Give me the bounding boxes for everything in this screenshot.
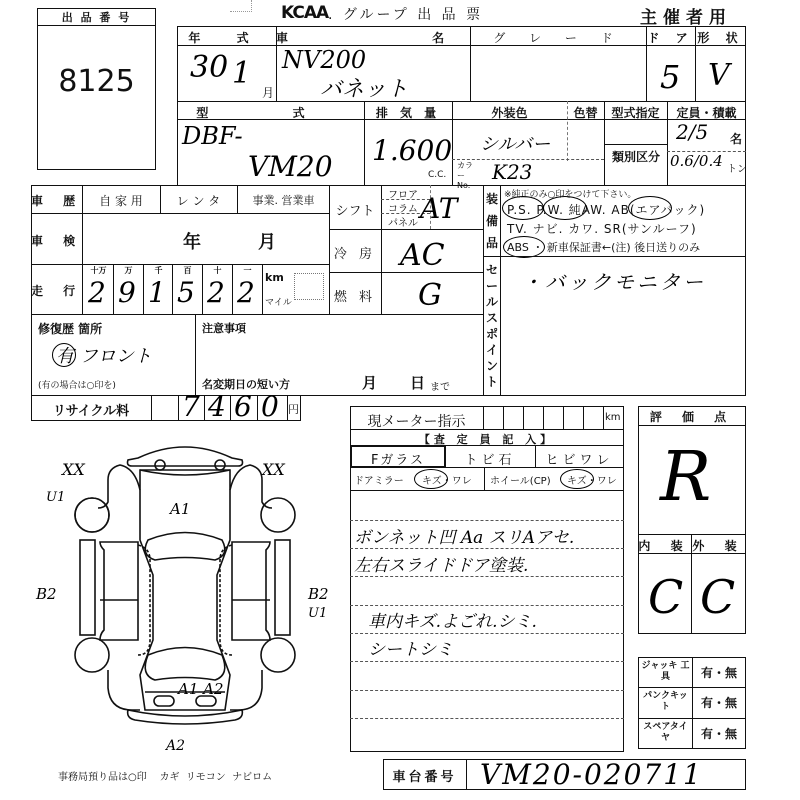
mileage-digit: 2 <box>207 276 225 309</box>
inspection-label: 車 検 <box>31 232 82 249</box>
mirror-label: ドアミラー <box>354 472 404 487</box>
inspector-note-line: 車内キズ.よごれ.シミ. <box>368 607 537 632</box>
mileage-label: 走 行 <box>31 282 82 299</box>
accessory-label: パンクキット <box>639 687 692 717</box>
brand-logo: KCAA <box>281 3 328 23</box>
recycle-digit: 7 <box>182 390 200 423</box>
year-value: 30 <box>190 50 228 85</box>
car-name-line1: NV200 <box>282 46 366 74</box>
sales-point-value: ・バックモニター <box>522 266 706 295</box>
mileage-digit-label: 万 <box>114 265 143 276</box>
recycle-digit: 4 <box>208 390 226 423</box>
caution-label: 注意事項 <box>202 320 246 336</box>
color-label: 外装色 <box>452 104 567 121</box>
damage-mark: XX <box>62 460 85 479</box>
inspector-note-line: 左右スライドドア塗装. <box>354 551 528 576</box>
damage-mark: A1 A2 <box>178 680 224 698</box>
recycle-digit: 6 <box>234 390 252 423</box>
circle-pw <box>543 196 587 220</box>
inspector-section-label: 【査 定 員 記 入】 <box>350 431 624 447</box>
chassis-label: 車台番号 <box>383 766 466 785</box>
mileage-unit-mile: マイル <box>265 295 292 308</box>
repair-label: 修復歴 箇所 <box>38 320 102 337</box>
mileage-digit-label: 十万 <box>84 265 113 276</box>
interior-value: C <box>648 570 683 624</box>
year-label: 年 式 <box>177 29 276 46</box>
wheel-circle <box>560 469 594 489</box>
glass-label: Fガラス <box>350 449 446 468</box>
ac-value: AC <box>400 238 445 273</box>
lot-number: 8125 <box>38 59 155 104</box>
model-label: 型 式 <box>177 104 364 121</box>
inspection-month-unit: 月 <box>258 228 276 254</box>
inspection-year-unit: 年 <box>183 228 201 254</box>
model-line1: DBF- <box>182 122 243 150</box>
glass-crack[interactable]: ヒビワレ <box>535 449 624 468</box>
name-change-day: 日 <box>410 372 425 393</box>
mileage-digit: 2 <box>88 276 106 309</box>
shape-label: 形 状 <box>695 29 746 46</box>
interior-label: 内 装 <box>638 537 691 554</box>
repair-circle <box>52 343 76 367</box>
damage-mark: A1 <box>170 500 190 518</box>
mileage-digit: 9 <box>118 276 136 309</box>
doors-value: 5 <box>660 58 680 96</box>
color-change-label: 色替 <box>567 104 604 121</box>
circle-ps <box>502 196 544 220</box>
shift-column[interactable]: コラム <box>388 200 418 215</box>
sales-point-label: セールスポイント <box>484 262 500 390</box>
recycle-unit: 円 <box>288 401 299 417</box>
doors-label: ド ア <box>646 29 695 46</box>
equipment-label: 装 備 品 <box>484 188 500 254</box>
office-items-note: 事務局預り品は○印 カギ リモコン ナビロム <box>58 768 272 783</box>
load-value: 0.6/0.4 <box>670 152 723 170</box>
recycle-digit: 0 <box>261 390 279 423</box>
grade-label: グ レ ー ド <box>470 29 646 46</box>
usage-label: 主催者用 <box>640 3 732 28</box>
car-name-label: 車 名 <box>276 29 470 46</box>
accessory-label: ジャッキ 工具 <box>639 657 692 687</box>
damage-mark: U1 <box>46 490 65 505</box>
damage-mark: A2 <box>166 738 185 754</box>
displacement-unit: C.C. <box>428 170 446 180</box>
ac-label: 冷 房 <box>329 243 381 262</box>
inspector-note-line: ボンネット凹 Aa スリAアセ. <box>354 523 574 548</box>
mileage-digit-label: 百 <box>173 265 202 276</box>
shift-floor[interactable]: フロア <box>388 186 418 201</box>
model-line2: VM20 <box>248 150 333 183</box>
fuel-label: 燃 料 <box>329 286 381 305</box>
lot-number-box: 出 品 番 号 8125 <box>37 8 156 170</box>
header-title: . グループ 出 品 票 <box>328 4 483 24</box>
wheel-label: ホイール(CP) <box>490 472 551 487</box>
glass-chip[interactable]: トビ石 <box>445 449 535 468</box>
exterior-value: C <box>700 570 735 624</box>
damage-mark: XX <box>262 460 285 479</box>
mileage-digit-label: 千 <box>144 265 173 276</box>
inspector-note-line: シートシミ <box>368 635 453 660</box>
name-change-until: まで <box>430 378 450 393</box>
damage-mark: U1 <box>308 606 327 621</box>
mileage-digit: 1 <box>148 276 166 309</box>
color-value: シルバー <box>480 130 550 156</box>
accessory-value[interactable]: 有・無 <box>692 657 746 687</box>
exterior-label: 外 装 <box>691 537 746 554</box>
mirror-circle <box>414 469 448 489</box>
shift-panel[interactable]: パネル <box>388 214 418 229</box>
shift-label: シフト <box>329 200 381 219</box>
car-name-line2: バネット <box>320 72 408 103</box>
name-change-month: 月 <box>362 372 377 393</box>
category-label: 類別区分 <box>606 148 666 165</box>
repair-note: (有の場合は○印を) <box>38 378 116 391</box>
circle-abs <box>503 236 545 258</box>
history-rental[interactable]: レ ン タ <box>160 192 237 209</box>
color-no-value: K23 <box>492 160 532 184</box>
load-unit: トン <box>727 160 747 175</box>
type-designation-label: 型式指定 <box>604 104 667 121</box>
mileage-unit-box[interactable] <box>294 273 324 300</box>
mileage-unit-km: km <box>265 271 284 284</box>
equipment-line2[interactable]: TV. ナビ. カワ. SR(サンルーフ) <box>507 220 697 237</box>
history-private[interactable]: 自 家 用 <box>82 192 160 209</box>
mileage-digit: 5 <box>177 276 195 309</box>
month-label: 月 <box>262 84 274 101</box>
displacement-value: 1.600 <box>372 134 452 167</box>
history-label: 車 歴 <box>31 192 82 209</box>
history-commercial[interactable]: 事業. 営業車 <box>237 192 330 208</box>
lot-number-label: 出 品 番 号 <box>38 9 155 26</box>
mileage-digit-label: 十 <box>203 265 232 276</box>
mileage-digit: 2 <box>237 276 255 309</box>
score-value: R <box>660 438 711 517</box>
recycle-label: リサイクル料 <box>31 400 151 419</box>
capacity-unit: 名 <box>730 130 742 147</box>
mileage-digit-label: 一 <box>233 265 262 276</box>
damage-mark: B2 <box>308 585 329 603</box>
meter-label: 現メーター指示 <box>350 411 483 431</box>
meter-unit: km <box>605 412 621 423</box>
damage-mark: B2 <box>36 585 57 603</box>
corner-mark <box>230 0 252 12</box>
accessory-value[interactable]: 有・無 <box>692 718 746 748</box>
shift-value: AT <box>420 192 457 225</box>
chassis-value: VM20-020711 <box>480 758 703 791</box>
score-label: 評 価 点 <box>638 408 746 425</box>
capacity-value: 2/5 <box>676 120 708 144</box>
fuel-value: G <box>418 278 442 313</box>
circle-ab <box>628 196 672 220</box>
shape-value: V <box>708 58 730 93</box>
month-value: 1 <box>232 56 251 91</box>
accessory-value[interactable]: 有・無 <box>692 687 746 717</box>
accessory-label: スペアタイヤ <box>639 718 692 748</box>
capacity-label: 定員・積載 <box>667 104 746 121</box>
displacement-label: 排 気 量 <box>364 104 452 121</box>
